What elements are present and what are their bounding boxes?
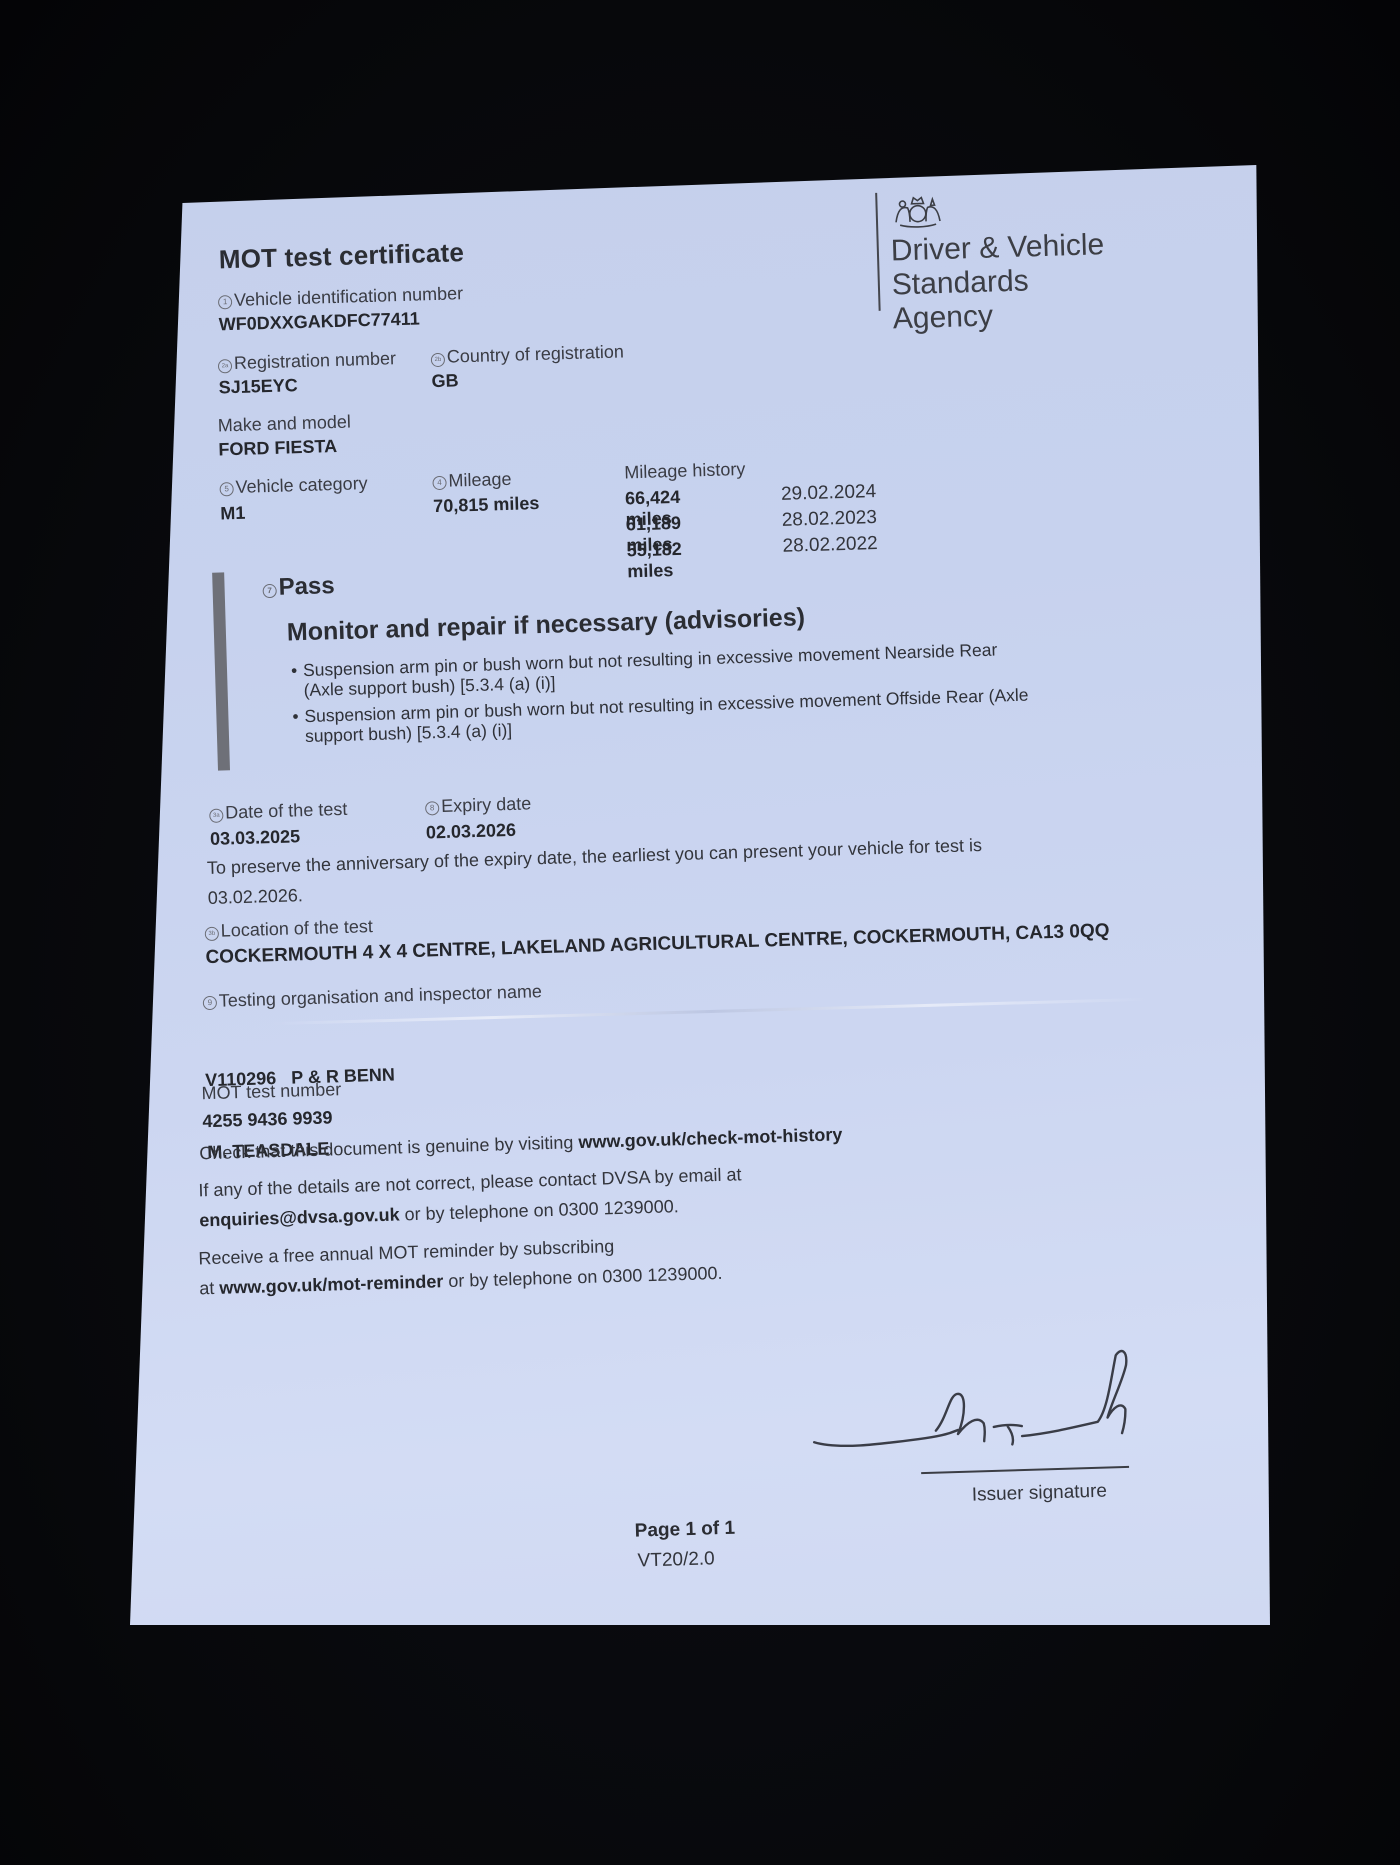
mileage-history-row: 66,424 miles 29.02.2024 xyxy=(625,488,626,514)
mileage-history-list: 66,424 miles 29.02.2024 61,189 miles 28.… xyxy=(625,488,627,566)
page-number: Page 1 of 1 xyxy=(634,1518,735,1543)
test-date-value: 03.03.2025 xyxy=(210,826,301,850)
agency-name-line: Agency xyxy=(892,296,1106,336)
vehicle-category-label: Vehicle category xyxy=(235,473,368,497)
organisation-label-row: 9Testing organisation and inspector name xyxy=(203,981,543,1012)
circled-number-4-icon: 4 xyxy=(432,476,446,490)
country-label: Country of registration xyxy=(447,341,625,366)
certificate-title: MOT test certificate xyxy=(218,237,464,275)
anniversary-note: To preserve the anniversary of the expir… xyxy=(206,830,983,913)
test-number-label: MOT test number xyxy=(201,1079,341,1104)
dvsa-email-link[interactable]: enquiries@dvsa.gov.uk xyxy=(199,1204,400,1230)
make-model-value: FORD FIESTA xyxy=(218,436,337,461)
genuine-check-prefix: Check that this document is genuine by v… xyxy=(199,1132,579,1163)
result-status-row: 7Pass xyxy=(262,572,335,602)
vehicle-category-value: M1 xyxy=(220,503,246,525)
mileage-history-miles: 55,182 miles xyxy=(626,539,682,583)
result-status-bar xyxy=(212,572,230,770)
test-number-value: 4255 9436 9939 xyxy=(202,1107,333,1132)
vin-label: Vehicle identification number xyxy=(234,283,464,310)
mileage-label: Mileage xyxy=(448,469,512,491)
expiry-date-label: Expiry date xyxy=(441,793,532,816)
agency-name: Driver & Vehicle Standards Agency xyxy=(890,228,1106,336)
agency-divider xyxy=(875,193,880,311)
circled-number-7-icon: 7 xyxy=(262,584,276,598)
mileage-history-label: Mileage history xyxy=(624,459,746,484)
country-value: GB xyxy=(431,370,459,392)
circled-number-5-icon: 5 xyxy=(219,482,233,496)
certificate-sheet: MOT test certificate 1Vehicle identifica… xyxy=(130,165,1270,1625)
bullet-icon: • xyxy=(291,660,298,680)
circled-number-1-icon: 1 xyxy=(218,295,232,309)
certificate-content: MOT test certificate 1Vehicle identifica… xyxy=(130,131,1313,1624)
registration-label-row: 2aRegistration number xyxy=(218,348,397,374)
expiry-date-value: 02.03.2026 xyxy=(426,820,517,844)
issuer-signature-scribble xyxy=(805,1340,1148,1465)
expiry-date-label-row: 8Expiry date xyxy=(425,793,532,817)
mileage-history-date: 28.02.2022 xyxy=(782,529,878,562)
location-label-row: 3bLocation of the test xyxy=(204,916,373,942)
check-mot-history-link[interactable]: www.gov.uk/check-mot-history xyxy=(578,1124,843,1152)
location-label: Location of the test xyxy=(220,916,373,941)
vehicle-category-label-row: 5Vehicle category xyxy=(219,473,368,498)
signature-line xyxy=(921,1466,1129,1474)
vin-label-row: 1Vehicle identification number xyxy=(218,283,464,311)
agency-name-line: Driver & Vehicle xyxy=(890,228,1104,268)
test-date-label: Date of the test xyxy=(225,799,348,823)
organisation-label: Testing organisation and inspector name xyxy=(219,981,543,1011)
registration-value: SJ15EYC xyxy=(218,375,298,398)
circled-number-3a-icon: 3a xyxy=(209,809,223,823)
reminder-prefix: at xyxy=(199,1278,220,1299)
mileage-history-row: 55,182 miles 28.02.2022 xyxy=(626,540,627,566)
circled-number-2b-icon: 2b xyxy=(431,353,445,367)
vin-value: WF0DXXGAKDFC77411 xyxy=(218,308,420,335)
bullet-icon: • xyxy=(292,706,299,726)
reminder-suffix: or by telephone on 0300 1239000. xyxy=(443,1263,723,1291)
issuer-signature-label: Issuer signature xyxy=(971,1477,1107,1511)
mileage-history-row: 61,189 miles 28.02.2023 xyxy=(626,514,627,540)
mot-reminder-link[interactable]: www.gov.uk/mot-reminder xyxy=(219,1271,444,1298)
advisories-heading: Monitor and repair if necessary (advisor… xyxy=(287,603,806,647)
country-label-row: 2bCountry of registration xyxy=(431,341,625,368)
reminder-text: Receive a free annual MOT reminder by su… xyxy=(198,1228,723,1303)
circled-number-9-icon: 9 xyxy=(203,996,217,1010)
circled-number-3b-icon: 3b xyxy=(205,927,219,941)
make-model-label: Make and model xyxy=(217,412,351,437)
circled-number-8-icon: 8 xyxy=(425,801,439,815)
test-date-label-row: 3aDate of the test xyxy=(209,799,348,824)
result-status: Pass xyxy=(278,572,335,601)
royal-coat-of-arms-icon xyxy=(889,191,946,231)
registration-label: Registration number xyxy=(234,348,397,373)
contact-suffix: or by telephone on 0300 1239000. xyxy=(399,1196,679,1224)
circled-number-2a-icon: 2a xyxy=(218,359,232,373)
form-code: VT20/2.0 xyxy=(637,1548,715,1572)
mileage-value: 70,815 miles xyxy=(433,493,540,517)
mileage-label-row: 4Mileage xyxy=(432,469,512,492)
